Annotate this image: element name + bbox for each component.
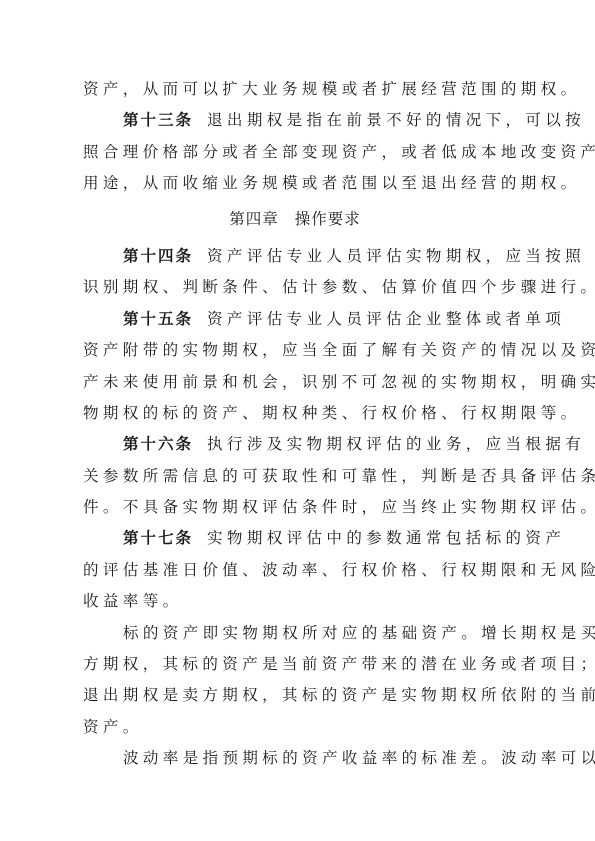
chapter-number: 第四章 [229, 210, 279, 228]
article-first-line: 第十七条实物期权评估中的参数通常包括标的资产 [83, 523, 507, 554]
text-line: 资产评估专业人员评估实物期权，应当按照 [207, 247, 585, 265]
article-15: 第十五条资产评估专业人员评估企业整体或者单项 资产附带的实物期权，应当全面了解有… [83, 304, 507, 430]
article-13: 第十三条退出期权是指在前景不好的情况下，可以按 照合理价格部分或者全部变现资产，… [83, 105, 507, 199]
article-16: 第十六条执行涉及实物期权评估的业务，应当根据有 关参数所需信息的可获取性和可靠性… [83, 429, 507, 523]
text-line: 收益率等。 [83, 586, 507, 617]
article-17: 第十七条实物期权评估中的参数通常包括标的资产 的评估基准日价值、波动率、行权价格… [83, 523, 507, 617]
chapter-heading: 第四章操作要求 [83, 204, 507, 235]
text-line: 退出期权是指在前景不好的情况下，可以按 [207, 111, 585, 129]
article-label: 第十六条 [123, 435, 193, 453]
paragraph-underlying-asset: 标的资产即实物期权所对应的基础资产。增长期权是买 方期权，其标的资产是当前资产带… [83, 618, 507, 744]
text-line: 用途，从而收缩业务规模或者范围以至退出经营的期权。 [83, 168, 507, 199]
article-first-line: 第十四条资产评估专业人员评估实物期权，应当按照 [83, 241, 507, 272]
text-line: 实物期权评估中的参数通常包括标的资产 [207, 529, 565, 547]
text-line: 退出期权是卖方期权，其标的资产是实物期权所依附的当前 [83, 680, 507, 711]
article-label: 第十五条 [123, 310, 193, 328]
text-line: 关参数所需信息的可获取性和可靠性，判断是否具备评估条 [83, 461, 507, 492]
text-line: 照合理价格部分或者全部变现资产，或者低成本地改变资产 [83, 137, 507, 168]
text-line: 识别期权、判断条件、估计参数、估算价值四个步骤进行。 [83, 272, 507, 303]
text-line: 件。不具备实物期权评估条件时，应当终止实物期权评估。 [83, 492, 507, 523]
article-label: 第十三条 [123, 111, 193, 129]
text-line: 波动率是指预期标的资产收益率的标准差。波动率可以 [83, 743, 507, 774]
article-first-line: 第十六条执行涉及实物期权评估的业务，应当根据有 [83, 429, 507, 460]
article-14: 第十四条资产评估专业人员评估实物期权，应当按照 识别期权、判断条件、估计参数、估… [83, 241, 507, 304]
chapter-title: 操作要求 [295, 210, 361, 228]
article-first-line: 第十五条资产评估专业人员评估企业整体或者单项 [83, 304, 507, 335]
article-label: 第十四条 [123, 247, 193, 265]
text-line: 资产，从而可以扩大业务规模或者扩展经营范围的期权。 [83, 74, 507, 105]
text-line: 资产评估专业人员评估企业整体或者单项 [207, 310, 565, 328]
article-first-line: 第十三条退出期权是指在前景不好的情况下，可以按 [83, 105, 507, 136]
text-line: 资产。 [83, 712, 507, 743]
text-line: 执行涉及实物期权评估的业务，应当根据有 [207, 435, 585, 453]
text-line: 物期权的标的资产、期权种类、行权价格、行权期限等。 [83, 398, 507, 429]
text-line: 标的资产即实物期权所对应的基础资产。增长期权是买 [83, 618, 507, 649]
article-label: 第十七条 [123, 529, 193, 547]
text-line: 资产附带的实物期权，应当全面了解有关资产的情况以及资 [83, 335, 507, 366]
document-page: 资产，从而可以扩大业务规模或者扩展经营范围的期权。 第十三条退出期权是指在前景不… [83, 74, 507, 775]
paragraph-volatility: 波动率是指预期标的资产收益率的标准差。波动率可以 [83, 743, 507, 774]
text-line: 方期权，其标的资产是当前资产带来的潜在业务或者项目； [83, 649, 507, 680]
text-line: 产未来使用前景和机会，识别不可忽视的实物期权，明确实 [83, 367, 507, 398]
text-line: 的评估基准日价值、波动率、行权价格、行权期限和无风险 [83, 555, 507, 586]
